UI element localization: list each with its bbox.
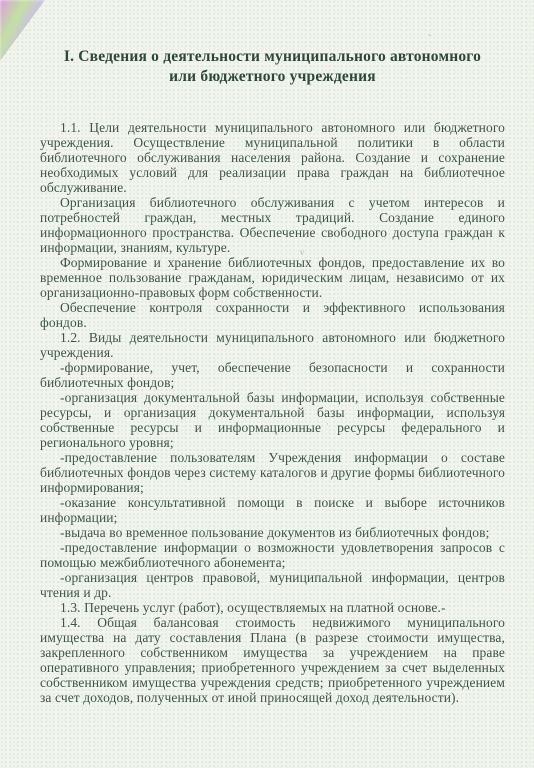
scan-noise-mark: ˇ <box>428 34 431 43</box>
paragraph: Организация библиотечного обслуживания с… <box>40 195 505 255</box>
paragraph: Формирование и хранение библиотечных фон… <box>40 255 505 300</box>
scanned-document-page: ˇ ν · I. Сведения о деятельности муницип… <box>0 0 534 768</box>
paragraph: -оказание консультативной помощи в поиск… <box>40 495 505 525</box>
document-body: 1.1. Цели деятельности муниципального ав… <box>40 120 505 705</box>
paragraph: -выдача во временное пользование докумен… <box>40 525 505 540</box>
paragraph: -формирование, учет, обеспечение безопас… <box>40 360 505 390</box>
paragraph: 1.2. Виды деятельности муниципального ав… <box>40 330 505 360</box>
document-heading: I. Сведения о деятельности муниципальног… <box>52 47 494 87</box>
paragraph: -организация документальной базы информа… <box>40 390 505 450</box>
paragraph: Обеспечение контроля сохранности и эффек… <box>40 300 505 330</box>
paragraph: 1.4. Общая балансовая стоимость недвижим… <box>40 615 505 705</box>
paragraph: 1.1. Цели деятельности муниципального ав… <box>40 120 505 195</box>
paragraph: -организация центров правовой, муниципал… <box>40 570 505 600</box>
paragraph: 1.3. Перечень услуг (работ), осуществляе… <box>40 600 505 615</box>
paragraph: -предоставление пользователям Учреждения… <box>40 450 505 495</box>
paragraph: -предоставление информации о возможности… <box>40 540 505 570</box>
scan-corner-artifact <box>0 0 45 61</box>
document-content: I. Сведения о деятельности муниципальног… <box>40 47 505 705</box>
